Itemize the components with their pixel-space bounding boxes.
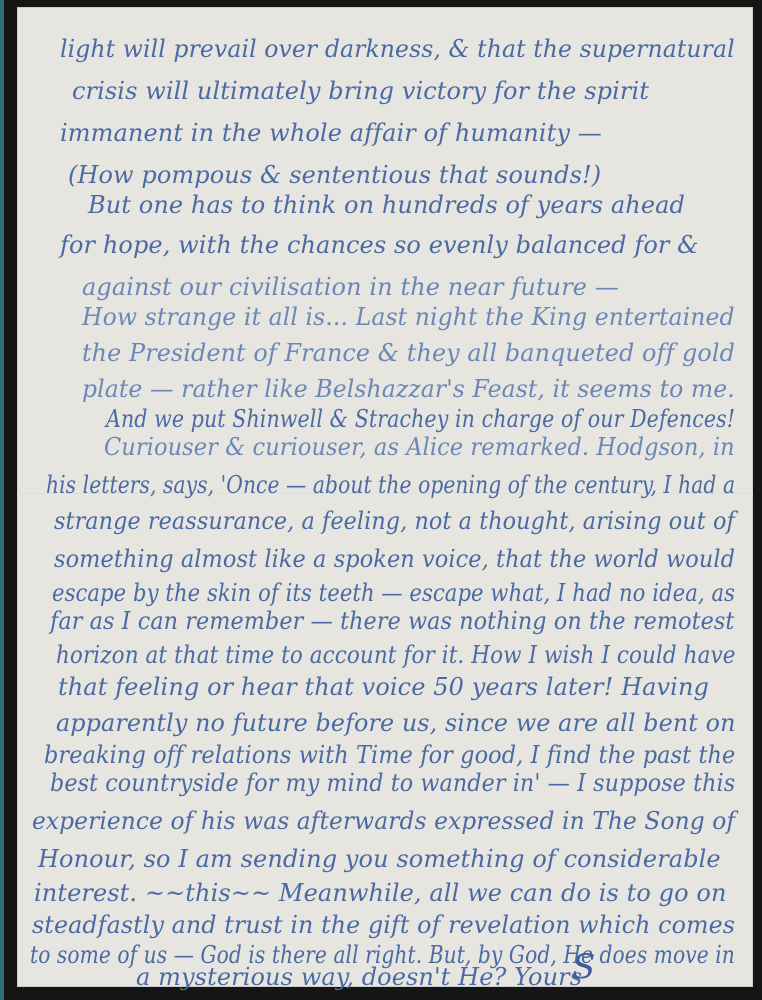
letter-line-13: his letters, says, 'Once — about the ope… (46, 470, 735, 500)
letter-line-4: (How pompous & sententious that sounds!) (68, 160, 601, 190)
letter-line-19: that feeling or hear that voice 50 years… (58, 672, 709, 702)
letter-line-23: experience of his was afterwards express… (32, 806, 735, 836)
letter-line-14: strange reassurance, a feeling, not a th… (54, 506, 735, 536)
letter-line-6: for hope, with the chances so evenly bal… (60, 230, 699, 260)
letter-line-17: far as I can remember — there was nothin… (50, 606, 734, 636)
letter-line-5: But one has to think on hundreds of year… (88, 190, 685, 220)
letter-line-25: interest. ~~this~~ Meanwhile, all we can… (34, 878, 727, 908)
letter-line-24: Honour, so I am sending you something of… (38, 844, 721, 874)
letter-line-11: And we put Shinwell & Strachey in charge… (106, 404, 735, 434)
letter-line-3: immanent in the whole affair of humanity… (60, 118, 602, 148)
scan-edge-strip (0, 0, 4, 1000)
letter-line-9: the President of France & they all banqu… (82, 338, 735, 368)
letter-line-26: steadfastly and trust in the gift of rev… (32, 910, 735, 940)
letter-line-12: Curiouser & curiouser, as Alice remarked… (104, 432, 735, 462)
letter-line-10: plate — rather like Belshazzar's Feast, … (82, 374, 735, 404)
letter-line-21: breaking off relations with Time for goo… (44, 740, 735, 770)
letter-line-16: escape by the skin of its teeth — escape… (52, 578, 735, 608)
letter-line-28: a mysterious way, doesn't He? Yours (136, 962, 582, 992)
letter-line-15: something almost like a spoken voice, th… (54, 544, 735, 574)
letter-line-8: How strange it all is... Last night the … (82, 302, 735, 332)
signature-monogram: S (572, 950, 595, 984)
letter-line-18: horizon at that time to account for it. … (56, 640, 736, 670)
letter-line-20: apparently no future before us, since we… (56, 708, 736, 738)
letter-line-7: against our civilisation in the near fut… (82, 272, 619, 302)
letter-line-2: crisis will ultimately bring victory for… (72, 76, 649, 106)
letter-line-1: light will prevail over darkness, & that… (60, 34, 735, 64)
letter-line-22: best countryside for my mind to wander i… (50, 768, 735, 798)
